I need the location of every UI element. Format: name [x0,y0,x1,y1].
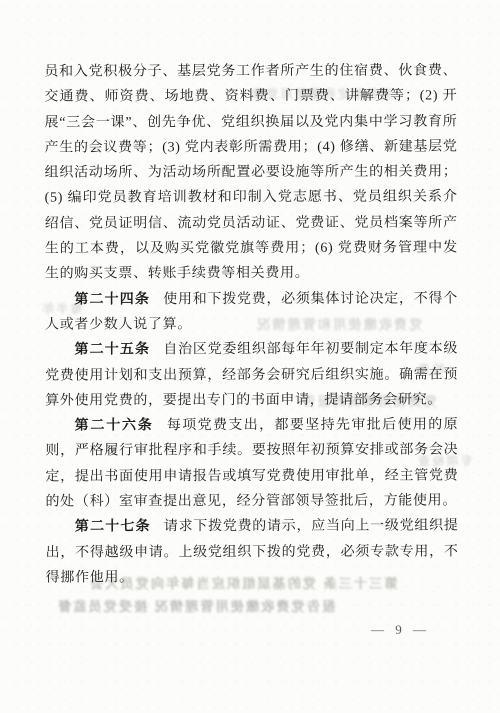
article-27: 第二十七条请求下拨党费的请示，应当向上一级党组织提出，不得越级申请。上级党组织下… [45,514,458,591]
article-26: 第二十六条每项党费支出，都要坚持先审批后使用的原则，严格履行审批程序和手续。要按… [45,413,458,515]
page-number: — 9 — [371,622,430,638]
document-body: 员和入党积极分子、基层党务工作者所产生的住宿费、伙食费、交通费、师资费、场地费、… [44,58,458,590]
article-25: 第二十五条自治区党委组织部每年年初要制定本年度本级党费使用计划和支出预算，经部务… [45,337,458,414]
continuation-paragraph: 员和入党积极分子、基层党务工作者所产生的住宿费、伙食费、交通费、师资费、场地费、… [44,58,458,287]
article-27-label: 第二十七条 [75,520,151,535]
article-24-label: 第二十四条 [74,292,150,307]
article-24: 第二十四条使用和下拨党费，必须集体讨论决定，不得个人或者少数人说了算。 [45,286,458,338]
article-26-label: 第二十六条 [75,418,154,433]
article-25-label: 第二十五条 [74,343,150,358]
scanned-document-page: 要按规定收缴使用党费 党费收缴使用和管理情况 每半年 检查 党费使用情况的报告 … [0,0,500,713]
bleedthrough-text: 报告党费收缴使用管理情况 接受党员监督 [56,596,335,615]
